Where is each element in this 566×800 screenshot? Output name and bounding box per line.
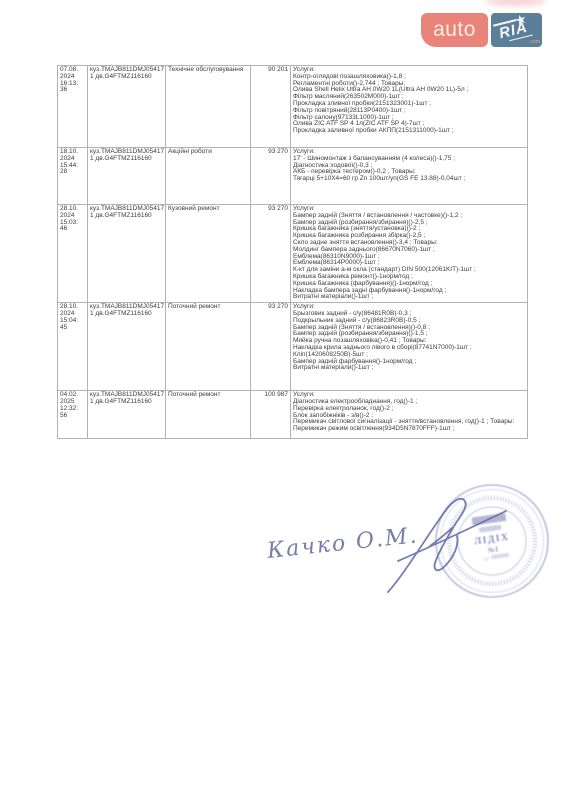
vehicle-cell: куз.TMAJB811DMJ05417 1 дв.G4FTMZ116160 (88, 303, 166, 391)
table-row: 28.10. 2024 15:04: 45 куз.TMAJB811DMJ054… (58, 303, 528, 391)
work-type-cell: Поточний ремонт (166, 391, 251, 439)
services-cell: Услуги: Діагностика електрообладнання, г… (291, 391, 528, 439)
stamp-number: №1 (486, 545, 499, 555)
work-type-cell: Акційні роботи (166, 148, 251, 205)
autoria-logo: auto ★ RIA .com (421, 13, 542, 47)
odometer-cell: 100 987 (251, 391, 291, 439)
date-cell: 28.10. 2024 15:03: 46 (58, 205, 88, 303)
round-stamp: ЛІДІХ №1 37 (429, 478, 555, 604)
work-type-cell: Кузовний ремонт (166, 205, 251, 303)
work-type-cell: Технічне обслуговування (166, 66, 251, 148)
autoria-logo-domain-text: .com (529, 39, 540, 45)
signature-flourish (388, 499, 506, 592)
stamp-heading-smudge (472, 513, 507, 526)
vehicle-cell: куз.TMAJB811DMJ05417 1 дв.G4FTMZ116160 (88, 391, 166, 439)
autoria-logo-ria-text: RIA (497, 19, 529, 42)
vehicle-cell: куз.TMAJB811DMJ05417 1 дв.G4FTMZ116160 (88, 66, 166, 148)
services-cell: Услуги: Бампер задній (Зняття / встановл… (291, 205, 528, 303)
table-row: 07.08. 2024 16:13: 36 куз.TMAJB811DMJ054… (58, 66, 528, 148)
stamp-microtext-ring (443, 492, 540, 589)
date-cell: 04.02. 2025 12:32: 56 (58, 391, 88, 439)
date-cell: 18.10. 2024 15:44: 28 (58, 148, 88, 205)
handwritten-name: Качко О.М. (265, 523, 420, 564)
table-row: 18.10. 2024 15:44: 28 куз.TMAJB811DMJ054… (58, 148, 528, 205)
work-type-cell: Поточний ремонт (166, 303, 251, 391)
services-cell: Услуги: 17' - Шиномонтаж з балансуванням… (291, 148, 528, 205)
vehicle-cell: куз.TMAJB811DMJ05417 1 дв.G4FTMZ116160 (88, 205, 166, 303)
stamp-code: 37 (483, 557, 490, 564)
scanned-service-history-page: { "logo": { "auto_text": "auto", "ria_te… (0, 0, 566, 800)
odometer-cell: 93 270 (251, 303, 291, 391)
autoria-logo-auto-block: auto (421, 13, 488, 47)
services-cell: Услуги: Контр-оглядові позашляховика()-1… (291, 66, 528, 148)
table-row: 04.02. 2025 12:32: 56 куз.TMAJB811DMJ054… (58, 391, 528, 439)
date-cell: 07.08. 2024 16:13: 36 (58, 66, 88, 148)
autoria-logo-auto-text: auto (433, 18, 476, 42)
autoria-logo-ria-block: ★ RIA .com (491, 13, 542, 47)
date-cell: 28.10. 2024 15:04: 45 (58, 303, 88, 391)
odometer-cell: 93 270 (251, 148, 291, 205)
table-row: 28.10. 2024 15:03: 46 куз.TMAJB811DMJ054… (58, 205, 528, 303)
vehicle-cell: куз.TMAJB811DMJ05417 1 дв.G4FTMZ116160 (88, 148, 166, 205)
odometer-cell: 90 201 (251, 66, 291, 148)
stamp-company-name: ЛІДІХ (474, 533, 510, 548)
page-edge-stamp-smudge (486, 0, 546, 6)
service-history-table: 07.08. 2024 16:13: 36 куз.TMAJB811DMJ054… (57, 65, 528, 439)
odometer-cell: 93 270 (251, 205, 291, 303)
services-cell: Услуги: Брызговик задний - с/у(86481R0B)… (291, 303, 528, 391)
